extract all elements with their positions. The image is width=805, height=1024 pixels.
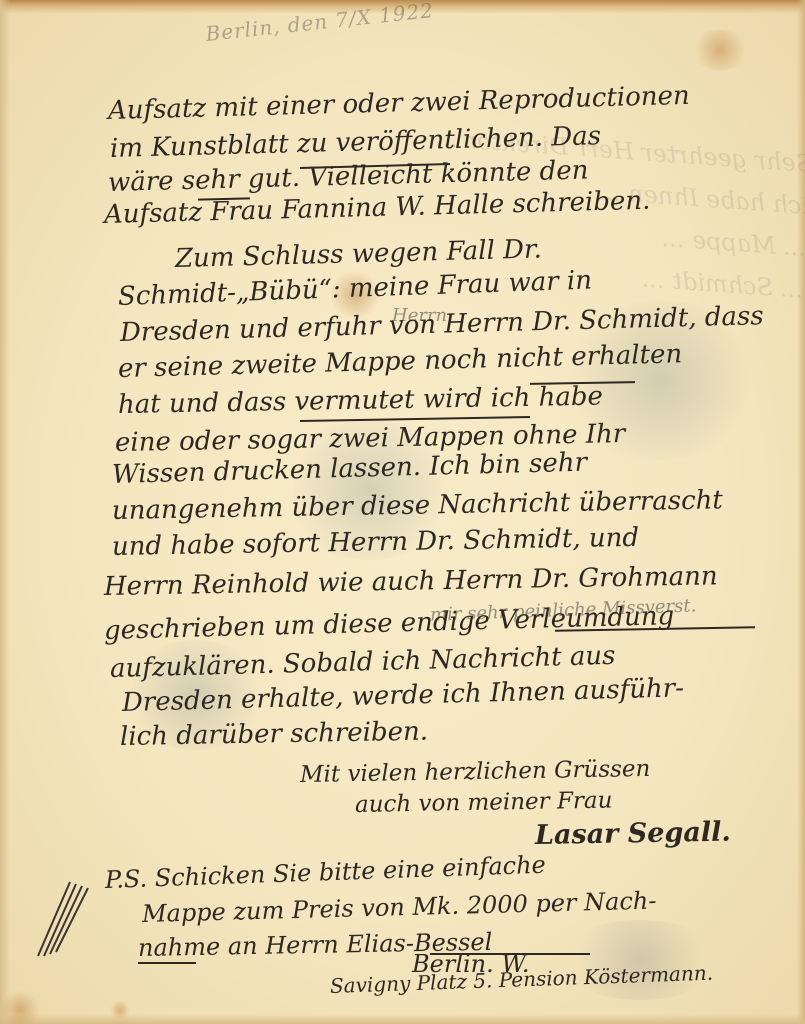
foxing-stain: [110, 1000, 130, 1020]
body-line-13: und habe sofort Herrn Dr. Schmidt, und: [112, 523, 640, 562]
closing-greeting: Mit vielen herzlichen Grüssen: [300, 756, 651, 788]
foxing-stain: [690, 30, 750, 70]
body-line-14: Herrn Reinhold wie auch Herrn Dr. Grohma…: [104, 561, 718, 602]
signature: Lasar Segall.: [535, 817, 731, 851]
aged-left-edge: [0, 0, 10, 1024]
underline-nachnahme: [138, 962, 196, 964]
margin-hatch-marks: [32, 880, 92, 960]
body-line-18: lich darüber schreiben.: [120, 717, 429, 752]
body-line-1: Aufsatz mit einer oder zwei Reproduction…: [108, 81, 690, 126]
ps-line-2: Mappe zum Preis von Mk. 2000 per Nach-: [142, 887, 657, 928]
body-line-9: hat und dass vermutet wird ich habe: [118, 382, 603, 420]
body-line-12: unangenehm über diese Nachricht überrasc…: [112, 485, 723, 526]
aged-right-edge: [797, 0, 805, 1024]
letter-page: Sehr geehrter Herr Direktor ... ich habe…: [0, 0, 805, 1024]
body-line-5: Zum Schluss wegen Fall Dr.: [175, 234, 543, 274]
foxing-stain: [0, 990, 40, 1024]
closing-from-wife: auch von meiner Frau: [355, 788, 613, 818]
ps-line-1: P.S. Schicken Sie bitte eine einfache: [105, 851, 547, 894]
body-line-15: geschrieben um diese endige Verleumdung: [104, 601, 675, 646]
